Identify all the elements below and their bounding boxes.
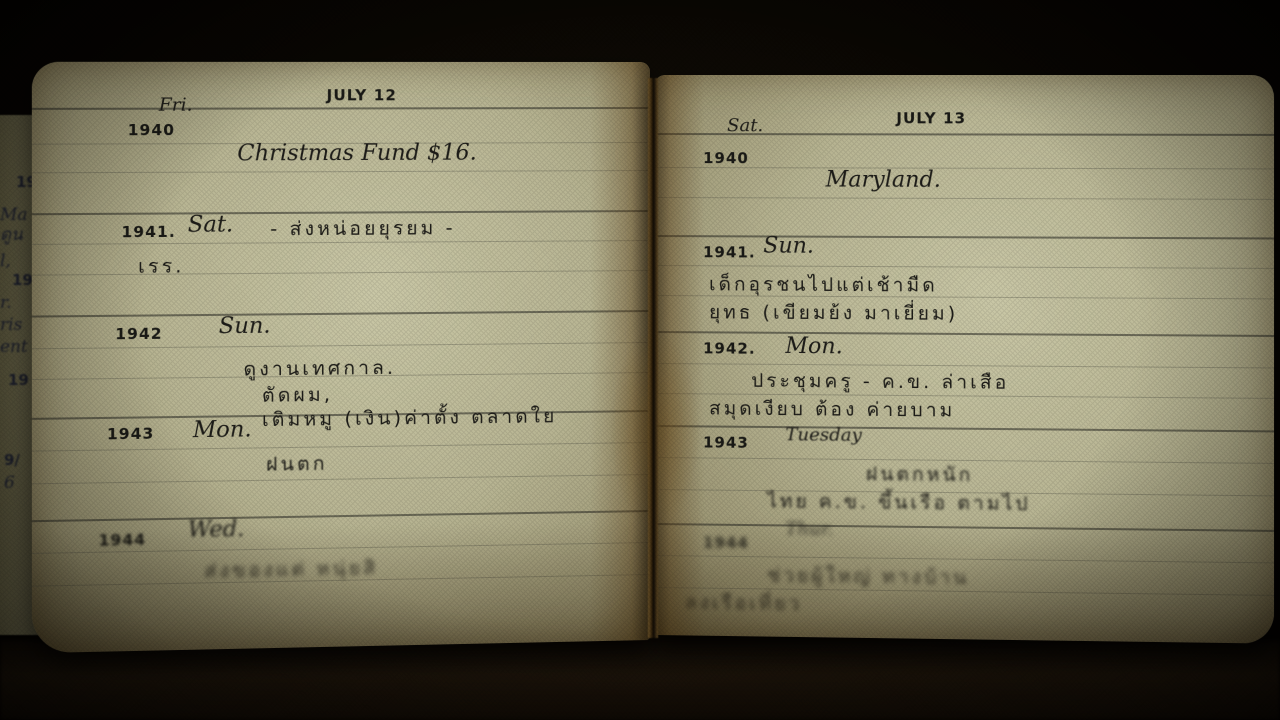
- entry-text: เติมหมู (เงิน)ค่าตั้ง ตลาดใย: [262, 401, 557, 435]
- entry-weekday: Mon.: [193, 417, 252, 443]
- entry-weekday: Sun.: [763, 233, 814, 258]
- entry-year: 1942: [115, 325, 162, 344]
- entry-text: Maryland.: [826, 167, 941, 192]
- back-fragment: 9/: [4, 453, 20, 468]
- entry-text: ไทย ค.ข. ขึ้นเรือ ตามไป: [767, 486, 1030, 519]
- entry-weekday: Mon.: [785, 334, 842, 359]
- entry-text: สมุดเงียบ ต้อง ค่ายบาม: [709, 393, 955, 425]
- entry-weekday: Sat.: [188, 212, 233, 238]
- date-header: JULY 12: [327, 86, 397, 104]
- back-fragment: r.: [0, 295, 12, 312]
- entry-text: ประชุมครู - ค.ข. ล่าเสือ: [751, 366, 1009, 398]
- back-fragment: Ma: [0, 207, 28, 224]
- entry-text: Christmas Fund $16.: [237, 140, 476, 166]
- entry-text: ฝนตกหนัก: [866, 459, 973, 490]
- back-fragment: 19: [12, 273, 33, 288]
- entry-text: ยุทธ (เขียมย้ง มาเยี่ยม): [709, 297, 958, 329]
- date-header: JULY 13: [896, 109, 966, 127]
- back-fragment: l,: [0, 253, 11, 270]
- entry-year: 1941.: [121, 223, 175, 242]
- diary-photo: 19 Ma ดูน l, 19 r. ris ent 19 9/ 6 JULY …: [0, 0, 1280, 720]
- weekday-label: Sat.: [727, 115, 763, 136]
- entry-year: 1940: [703, 149, 749, 167]
- entry-weekday: Sun.: [219, 313, 271, 339]
- table-reflection: [0, 640, 1280, 720]
- entry-year: 1943: [107, 424, 154, 443]
- diary-page-left: JULY 12 Fri. 1940 Christmas Fund $16. 19…: [32, 62, 650, 653]
- entry-text: - ส่งหน่อยยุรยม -: [270, 213, 455, 244]
- back-fragment: 6: [4, 475, 15, 492]
- entry-year: 1941.: [703, 243, 756, 261]
- weekday-label: Fri.: [159, 94, 193, 115]
- entry-text: ฝนตก: [266, 449, 327, 480]
- back-fragment: ดูน: [0, 227, 23, 244]
- entry-weekday: Tuesday: [785, 424, 862, 446]
- back-fragment: ent: [0, 339, 28, 356]
- entry-year: 1942.: [703, 339, 756, 357]
- back-fragment: 19: [8, 373, 29, 388]
- entry-year: 1940: [128, 121, 175, 139]
- book-spine: [648, 78, 658, 638]
- back-fragment: ris: [0, 317, 22, 334]
- diary-page-right: JULY 13 Sat. 1940 Maryland. 1941. Sun. เ…: [655, 75, 1274, 644]
- entry-year: 1943: [703, 433, 749, 451]
- entry-text: เรร.: [138, 251, 185, 282]
- entry-text: เด็กอุรชนไปแต่เช้ามืด: [709, 269, 938, 300]
